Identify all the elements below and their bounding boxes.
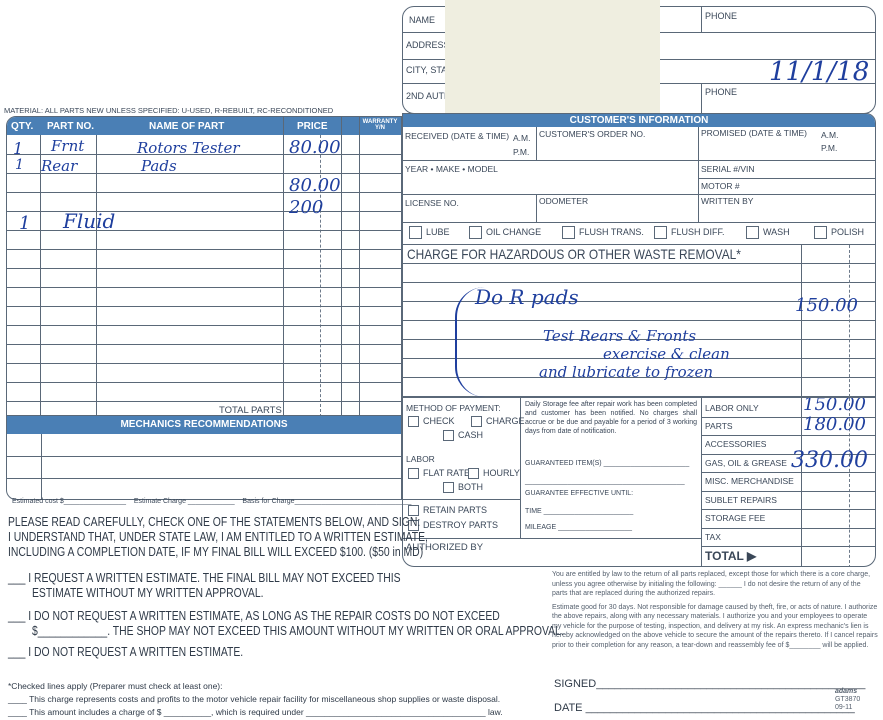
checkbox-icon[interactable] bbox=[654, 226, 667, 239]
checkbox-icon[interactable] bbox=[443, 430, 454, 441]
header-warranty: WARRANTY Y/N bbox=[360, 119, 400, 131]
auth-label: 2ND AUTH bbox=[406, 91, 451, 101]
estimate-line: Estimated cost $________________ Estimat… bbox=[12, 498, 411, 505]
totals-row-label: GAS, OIL & GREASE bbox=[705, 458, 787, 468]
service-flush-diff[interactable]: FLUSH DIFF. bbox=[654, 226, 725, 239]
guaranteed-items-field[interactable]: GUARANTEED ITEM(S) _____________________… bbox=[525, 460, 689, 467]
cash-option[interactable]: CASH bbox=[443, 430, 483, 441]
phone2-label: PHONE bbox=[705, 87, 737, 97]
checkbox-icon[interactable] bbox=[469, 226, 482, 239]
hazard-line-4: and lubricate to frozen bbox=[539, 363, 713, 381]
order-no-label: CUSTOMER'S ORDER NO. bbox=[539, 129, 645, 139]
both-option[interactable]: BOTH bbox=[443, 482, 483, 493]
totals-table: LABOR ONLY PARTS ACCESSORIES GAS, OIL & … bbox=[701, 398, 876, 567]
mechanics-section: MECHANICS RECOMMENDATIONS bbox=[6, 416, 402, 500]
hazard-title: CHARGE FOR HAZARDOUS OR OTHER WASTE REMO… bbox=[407, 246, 741, 262]
written-by-label: WRITTEN BY bbox=[701, 196, 753, 206]
labor-value: 150.00 bbox=[803, 397, 866, 415]
gas-oil-value: 330.00 bbox=[791, 448, 868, 473]
checked-line-2[interactable]: ____ This amount includes a charge of $ … bbox=[8, 706, 503, 719]
guarantee-effective-label: GUARANTEE EFFECTIVE UNTIL: bbox=[525, 490, 633, 497]
storage-fee-text: Daily Storage fee after repair work has … bbox=[525, 400, 697, 436]
customer-info-section: CUSTOMER'S INFORMATION RECEIVED (DATE & … bbox=[402, 113, 876, 245]
service-wash[interactable]: WASH bbox=[746, 226, 790, 239]
date-field[interactable]: DATE ___________________________________… bbox=[554, 702, 855, 714]
parts-table: QTY. PART NO. NAME OF PART PRICE WARRANT… bbox=[6, 116, 402, 416]
total-label: TOTAL ▶ bbox=[705, 549, 756, 563]
flat-rate-option[interactable]: FLAT RATE bbox=[408, 468, 470, 479]
checked-line-1[interactable]: ____ This charge represents costs and pr… bbox=[8, 693, 503, 706]
authorization-text: Estimate good for 30 days. Not responsib… bbox=[552, 603, 878, 651]
serial-label: SERIAL #/VIN bbox=[701, 164, 755, 174]
checked-title: *Checked lines apply (Preparer must chec… bbox=[8, 680, 503, 693]
form-number: GT3870 bbox=[835, 696, 860, 704]
adams-logo: adams bbox=[835, 688, 860, 696]
estimate-statement: PLEASE READ CAREFULLY, CHECK ONE OF THE … bbox=[8, 514, 568, 559]
hazard-line-1: Do R pads bbox=[475, 285, 579, 309]
handwritten-date: 11/1/18 bbox=[769, 57, 869, 87]
checked-lines: *Checked lines apply (Preparer must chec… bbox=[8, 680, 503, 719]
service-oil-change[interactable]: OIL CHANGE bbox=[469, 226, 541, 239]
header-price: PRICE bbox=[297, 121, 328, 132]
am-label: A.M. bbox=[513, 133, 530, 143]
statement-line-1: PLEASE READ CAREFULLY, CHECK ONE OF THE … bbox=[8, 514, 456, 529]
hazard-amount: 150.00 bbox=[795, 295, 858, 316]
option-no-estimate[interactable]: ___ I DO NOT REQUEST A WRITTEN ESTIMATE. bbox=[8, 644, 564, 659]
estimated-cost-label: Estimated cost $ bbox=[12, 498, 64, 505]
legal-text: You are entitled by law to the return of… bbox=[552, 570, 878, 650]
header-name-of-part: NAME OF PART bbox=[149, 121, 224, 132]
statement-line-2: I UNDERSTAND THAT, UNDER STATE LAW, I AM… bbox=[8, 529, 456, 544]
option-no-estimate-limit[interactable]: ___ I DO NOT REQUEST A WRITTEN ESTIMATE,… bbox=[8, 608, 564, 623]
checkbox-icon[interactable] bbox=[562, 226, 575, 239]
am-label-2: A.M. bbox=[821, 130, 838, 140]
checkbox-icon[interactable] bbox=[814, 226, 827, 239]
service-flush-trans[interactable]: FLUSH TRANS. bbox=[562, 226, 644, 239]
motor-label: MOTOR # bbox=[701, 181, 740, 191]
header-qty: QTY. bbox=[11, 121, 33, 132]
option-request-estimate[interactable]: ___ I REQUEST A WRITTEN ESTIMATE. THE FI… bbox=[8, 570, 564, 585]
hazard-line-3: exercise & clean bbox=[603, 345, 730, 363]
odometer-label: ODOMETER bbox=[539, 196, 588, 206]
payment-title: METHOD OF PAYMENT: bbox=[406, 403, 501, 413]
material-note: MATERIAL: ALL PARTS NEW UNLESS SPECIFIED… bbox=[4, 106, 333, 115]
checkbox-icon[interactable] bbox=[746, 226, 759, 239]
basis-label: Basis for Charge bbox=[242, 498, 294, 505]
pm-label-2: P.M. bbox=[821, 143, 837, 153]
service-polish[interactable]: POLISH bbox=[814, 226, 864, 239]
ymm-label: YEAR • MAKE • MODEL bbox=[405, 164, 498, 174]
totals-row-label: SUBLET REPAIRS bbox=[705, 495, 777, 505]
parts-value: 180.00 bbox=[803, 414, 866, 435]
promised-label: PROMISED (DATE & TIME) bbox=[701, 128, 807, 138]
parts-return-text: You are entitled by law to the return of… bbox=[552, 570, 878, 599]
checkbox-icon[interactable] bbox=[443, 482, 454, 493]
header-part-no: PART NO. bbox=[47, 121, 94, 132]
license-label: LICENSE NO. bbox=[405, 198, 459, 208]
hourly-option[interactable]: HOURLY bbox=[468, 468, 520, 479]
service-lube[interactable]: LUBE bbox=[409, 226, 450, 239]
charge-option[interactable]: CHARGE bbox=[471, 416, 525, 427]
phone-label: PHONE bbox=[705, 11, 737, 21]
totals-row-label: STORAGE FEE bbox=[705, 513, 765, 523]
checkbox-icon[interactable] bbox=[468, 468, 479, 479]
name-label: NAME bbox=[409, 15, 435, 25]
signed-field[interactable]: SIGNED__________________________________… bbox=[554, 678, 865, 690]
totals-row-label: PARTS bbox=[705, 421, 733, 431]
totals-row-label: MISC. MERCHANDISE bbox=[705, 476, 794, 486]
estimate-charge-label: Estimate Charge bbox=[134, 498, 186, 505]
brand-block: adams GT3870 09-11 bbox=[835, 688, 860, 712]
total-parts-label: TOTAL PARTS bbox=[219, 405, 282, 416]
form-revision: 09-11 bbox=[835, 704, 860, 712]
checkbox-icon[interactable] bbox=[408, 468, 419, 479]
statement-line-3: INCLUDING A COMPLETION DATE, IF MY FINAL… bbox=[8, 544, 456, 559]
received-label: RECEIVED (DATE & TIME) bbox=[405, 131, 509, 141]
bracket-mark bbox=[455, 287, 485, 397]
address-label: ADDRESS bbox=[406, 40, 450, 50]
mechanics-title: MECHANICS RECOMMENDATIONS bbox=[7, 416, 401, 434]
pm-label: P.M. bbox=[513, 147, 529, 157]
totals-row-label: ACCESSORIES bbox=[705, 439, 766, 449]
hazard-section: CHARGE FOR HAZARDOUS OR OTHER WASTE REMO… bbox=[402, 245, 876, 397]
customer-info-title: CUSTOMER'S INFORMATION bbox=[403, 114, 875, 127]
hazard-line-2: Test Rears & Fronts bbox=[543, 327, 696, 345]
checkbox-icon[interactable] bbox=[409, 226, 422, 239]
labor-title: LABOR bbox=[406, 454, 435, 464]
totals-row-label: TAX bbox=[705, 532, 721, 542]
redaction-sticker bbox=[445, 0, 660, 116]
check-option[interactable]: CHECK bbox=[408, 416, 455, 427]
checkbox-icon[interactable] bbox=[408, 416, 419, 427]
checkbox-icon[interactable] bbox=[471, 416, 482, 427]
totals-row-label: LABOR ONLY bbox=[705, 403, 759, 413]
